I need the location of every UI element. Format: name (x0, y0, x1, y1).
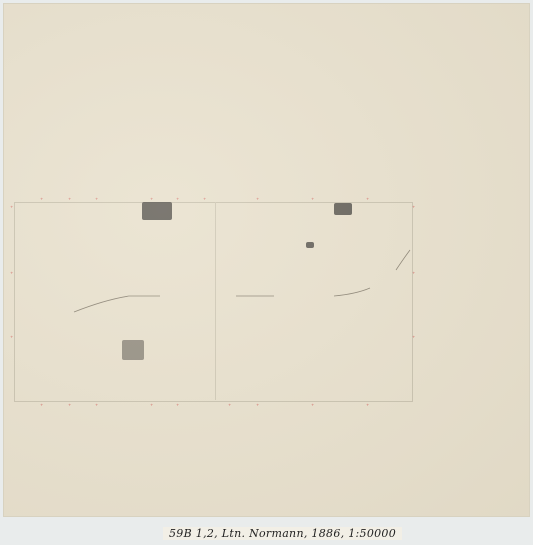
coastline-lines (4, 4, 529, 516)
map-sheet: + + + + + + + + + + + + + + + + + + + + … (4, 4, 529, 516)
sheet-caption: 59B 1,2, Ltn. Normann, 1886, 1:50000 (163, 527, 402, 540)
